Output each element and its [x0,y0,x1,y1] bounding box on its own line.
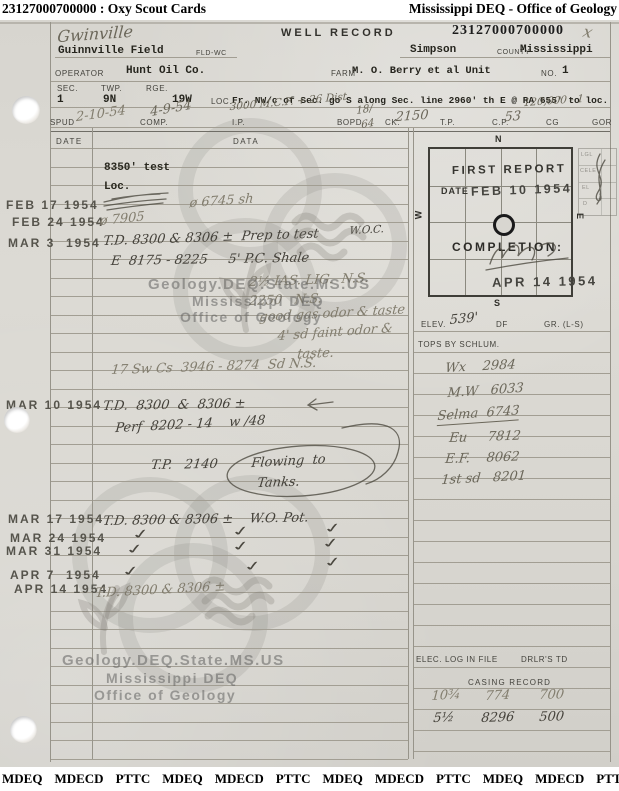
card-api-number: 23127000700000 [452,23,564,39]
rule-line [50,611,408,612]
rule-line [50,555,408,556]
casing-row2-depth: 8296 [480,710,515,726]
date-stamp-apr7: APR 7 1954 [10,568,101,582]
rule-line [50,481,408,482]
hand-elevation: 539' [449,310,478,328]
spud-label: SPUD [50,118,75,127]
hand-ck-value: 2150 [395,108,429,125]
side-stamp-row3: EL [582,185,590,191]
first-report-stamp: FIRST REPORT [452,163,567,177]
rule-line [50,574,408,575]
rule-line [50,81,611,82]
footer-item: MDEQ [483,771,523,786]
rule-line [414,520,610,521]
side-stamp-row4: D [583,201,587,207]
casing-row2-size: 5½ [433,710,455,726]
date-stamp-mar24: MAR 24 1954 [10,531,106,545]
watermark-agency: Mississippi DEQ [192,293,324,309]
first-report-date-label: DATE [441,186,469,196]
header-agency: Mississippi DEQ - Office of Geology [409,1,617,17]
rule-line [414,625,610,626]
rule-line [414,373,610,374]
compass-south: S [494,298,500,308]
page-header: 23127000700000 : Oxy Scout Cards Mississ… [0,0,619,20]
note-typed-loc: Loc. [104,181,130,193]
well-no-label: NO. [541,69,557,78]
elev-label: ELEV. [421,320,446,329]
top-eutaw: Eu 7812 [448,429,521,447]
farm-value: M. O. Berry et al Unit [352,65,491,77]
date-stamp-mar3: MAR 3 1954 [8,236,101,250]
rule-line [50,740,408,741]
drlrs-td-label: DRLR'S TD [521,655,568,664]
hole-punch [4,407,30,433]
operator-label: OPERATOR [55,69,104,78]
footer-item: MDECD [54,771,103,786]
watermark-agency: Mississippi DEQ [106,670,238,686]
hand-woc: W.O.C. [349,223,385,237]
watermark-office: Office of Geology [180,309,322,325]
footer-item: PTTC [276,771,311,786]
sec-label: SEC. [57,84,78,93]
cg-label: CG [546,118,559,127]
date-column-header: DATE [56,137,83,146]
hand-tp2140: T.P. 2140 [150,457,218,473]
completion-date-stamp: APR 14 1954 [492,273,598,290]
rule-line [414,583,610,584]
rule-line [414,751,610,752]
rule-line [50,759,408,760]
compass-north: N [495,134,502,144]
well-no-value: 1 [562,65,569,77]
side-stamp-line [601,149,602,215]
tops-by-schlum-label: TOPS BY SCHLUM. [418,340,500,349]
gr-label: GR. (L-S) [544,320,584,329]
footer-item: PTTC [116,771,151,786]
rule-line [50,352,408,353]
date-stamp-apr14: APR 14 1954 [14,582,108,596]
rule-line [55,57,237,58]
hand-mar10-td: T.D. 8300 & 8306 ± [102,397,246,415]
rule-line [408,128,409,759]
elec-log-label: ELEC. LOG IN FILE [416,655,498,664]
rule-line [414,667,610,668]
side-stamp-line [579,182,616,183]
rule-line [414,730,610,731]
rule-line [50,722,408,723]
rule-line [50,131,611,133]
side-stamp-line [579,198,616,199]
casing-row1-sacks: 700 [538,687,564,703]
rule-line [50,629,408,630]
rule-line [610,22,611,762]
side-stamp-row2: CELE [580,168,596,174]
rule-line [413,128,414,759]
footer-item: MDECD [375,771,424,786]
footer-item: MDEQ [2,771,42,786]
rule-line [414,604,610,605]
rule-line [414,562,610,563]
rule-line [414,352,610,353]
footer-org-strip: MDEQMDECDPTTCMDEQMDECDPTTCMDEQMDECDPTTCM… [0,767,619,791]
watermark-office: Office of Geology [94,687,236,703]
date-stamp-mar31: MAR 31 1954 [6,544,102,558]
rule-line [414,499,610,500]
completion-stamp: COMPLETION: [452,240,564,254]
rule-line [50,444,408,445]
rule-line [50,703,408,704]
rule-line [50,148,408,149]
rule-line [50,500,408,501]
side-stamp-line [579,165,616,166]
side-stamp-row1: LGL [581,152,593,158]
casing-row2-sacks: 500 [538,709,564,725]
hole-punch [12,96,40,124]
rge-label: RGE. [146,84,168,93]
tp-label: T.P. [440,118,455,127]
header-document-id: 23127000700000 : Oxy Scout Cards [2,1,206,17]
date-stamp-feb24: FEB 24 1954 [12,215,105,229]
well-location-circle [493,214,515,236]
bopd-label: BOPD [337,118,362,127]
hand-tanks: Tanks. [256,475,300,492]
field-name-value: Guinnville Field [58,45,164,57]
footer-item: PTTC [596,771,619,786]
watermark-url: Geology.DEQ.State.MS.US [62,652,285,669]
top-ef: E.F. 8062 [444,449,520,467]
watermark-url: Geology.DEQ.State.MS.US [148,276,371,293]
hole-punch [10,716,37,743]
operator-value: Hunt Oil Co. [126,65,205,77]
rule-line [414,646,610,647]
scanned-well-record-page: 23127000700000 : Oxy Scout Cards Mississ… [0,0,619,791]
card-title: WELL RECORD [281,27,396,39]
fld-wc-label: FLD-WC [196,50,227,57]
casing-row1-depth: 774 [485,688,511,704]
footer-item: MDEQ [322,771,362,786]
rule-line [50,389,408,390]
date-stamp-mar17: MAR 17 1954 [8,512,104,526]
rule-line [50,648,408,649]
rule-line [50,127,611,128]
state-value: Mississippi [520,44,593,56]
rule-line [50,463,408,464]
rule-line [400,57,610,58]
footer-item: PTTC [436,771,471,786]
hand-cp-value: 53 [504,109,522,125]
footer-item: MDEQ [162,771,202,786]
casing-row1-size: 10¾ [431,687,461,704]
note-typed-test: 8350' test [104,162,170,174]
casing-record-label: CASING RECORD [468,678,551,687]
sec-value: 1 [57,94,64,106]
ip-label: I.P. [232,118,245,127]
gor-label: GOR [592,118,612,127]
df-label: DF [496,320,508,329]
rule-line [414,541,610,542]
footer-item: MDECD [535,771,584,786]
plat-grid-line [430,259,571,260]
compass-west: W [413,211,423,220]
rule-line [50,22,51,762]
hand-choke-den: 64 [361,117,375,131]
twp-label: TWP. [101,84,122,93]
rule-line [414,331,610,332]
data-column-header: DATA [233,137,259,146]
date-stamp-feb17: FEB 17 1954 [6,198,99,212]
county-value: Simpson [410,44,456,56]
footer-item: MDECD [215,771,264,786]
